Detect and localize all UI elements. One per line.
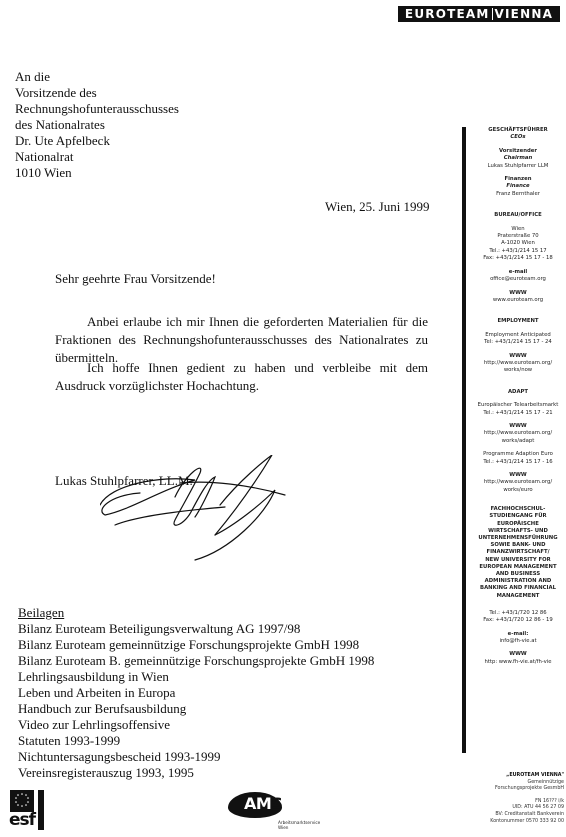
office-line: Wien — [470, 226, 566, 233]
fh-www-link[interactable]: http: www.fh-vie.at/fh-vie — [470, 659, 566, 666]
enclosure-item: Vereinsregisterauszug 1993, 1995 — [18, 765, 374, 781]
enclosure-item: Video zur Lehrlingsoffensive — [18, 717, 374, 733]
chair-label: Vorsitzender — [470, 148, 566, 155]
recipient-address: An die Vorsitzende des Rechnungshofunter… — [15, 69, 179, 181]
www-label: WWW — [470, 651, 566, 658]
enclosure-item: Lehrlingsausbildung in Wien — [18, 669, 374, 685]
fh-email-link[interactable]: info@fh-vie.at — [470, 638, 566, 645]
finance-block: Finanzen Finance Franz Bernthaler — [470, 176, 566, 198]
company-registry-info: „EUROTEAM VIENNA" Gemeinnützige Forschun… — [478, 773, 564, 825]
letter-date: Wien, 25. Juni 1999 — [325, 199, 430, 215]
enclosure-item: Nichtuntersagungsbescheid 1993-1999 — [18, 749, 374, 765]
fh-line: WIRTSCHAFTS- UND — [470, 528, 566, 535]
adaption-line: Programme Adaption Euro — [470, 451, 566, 458]
employment-block: EMPLOYMENT Employment Anticipated Tel: +… — [470, 318, 566, 346]
esf-bar — [38, 790, 44, 830]
ams-sub-line: Wien — [278, 825, 320, 830]
fh-line: STUDIENGANG FÜR — [470, 513, 566, 520]
enclosures-list: Beilagen Bilanz Euroteam Beteiligungsver… — [18, 605, 374, 781]
registry-line: UID: ATU 44 56 27 09 — [478, 805, 564, 812]
office-line: Tel.: +43/1/214 15 17 — [470, 248, 566, 255]
adapt-block: ADAPT Europäischer Telearbeitsmarkt Tel.… — [470, 389, 566, 417]
esf-logo: esf — [10, 790, 46, 830]
www-label: WWW — [470, 472, 566, 479]
logo-separator — [492, 8, 493, 20]
adapt-www-link[interactable]: http://www.euroteam.org/ — [470, 430, 566, 437]
fh-line: EUROPÄISCHE — [470, 521, 566, 528]
recipient-line: Vorsitzende des — [15, 85, 179, 101]
ceo-heading: GESCHÄFTSFÜHRER — [470, 127, 566, 134]
fh-www-block: WWW http: www.fh-vie.at/fh-vie — [470, 651, 566, 666]
fh-line: MANAGEMENT — [470, 593, 566, 600]
fh-line: UNTERNEHMENSFÜHRUNG — [470, 535, 566, 542]
enclosure-item: Handbuch zur Berufsausbildung — [18, 701, 374, 717]
office-block: BUREAU/OFFICE Wien Praterstraße 70 A-102… — [470, 212, 566, 262]
finance-name: Franz Bernthaler — [470, 191, 566, 198]
fh-line: SOWIE BANK- UND — [470, 542, 566, 549]
fh-line: BANKING AND FINANCIAL — [470, 585, 566, 592]
fh-contact-block: Tel.: +43/1/720 12 86 Fax: +43/1/720 12 … — [470, 610, 566, 625]
enclosure-item: Leben und Arbeiten in Europa — [18, 685, 374, 701]
esf-text: esf — [9, 810, 35, 830]
adapt-heading: ADAPT — [470, 389, 566, 396]
chair-block: Vorsitzender Chairman Lukas Stuhlpfarrer… — [470, 148, 566, 170]
recipient-line: Nationalrat — [15, 149, 179, 165]
www-label: WWW — [470, 353, 566, 360]
email-label: e-mail — [470, 269, 566, 276]
fh-line: ADMINISTRATION AND — [470, 578, 566, 585]
ams-text: AMS — [244, 794, 282, 813]
ceo-block: GESCHÄFTSFÜHRER CEOs — [470, 127, 566, 142]
handwritten-signature — [100, 455, 290, 565]
recipient-line: An die — [15, 69, 179, 85]
eu-flag-icon — [10, 790, 34, 812]
enclosure-item: Bilanz Euroteam Beteiligungsverwaltung A… — [18, 621, 374, 637]
company-name: „EUROTEAM VIENNA" — [478, 773, 564, 780]
body-paragraph: Ich hoffe Ihnen gedient zu haben und ver… — [55, 359, 428, 395]
fh-line: FINANZWIRTSCHAFT/ — [470, 549, 566, 556]
adaption-www-block: WWW http://www.euroteam.org/ works/euro — [470, 472, 566, 494]
employment-heading: EMPLOYMENT — [470, 318, 566, 325]
adaption-line: Tel.: +43/1/214 15 17 - 16 — [470, 459, 566, 466]
ams-subtitle: Arbeitsmarktservice Wien — [278, 820, 320, 830]
fh-contact-line: Tel.: +43/1/720 12 86 — [470, 610, 566, 617]
signer-name: Lukas Stuhlpfarrer, LL.M. — [55, 473, 193, 489]
registry-line: BV: Creditanstalt Bankverein — [478, 812, 564, 819]
office-line: Fax: +43/1/214 15 17 - 18 — [470, 255, 566, 262]
letterhead-sidebar: GESCHÄFTSFÜHRER CEOs Vorsitzender Chairm… — [470, 127, 566, 672]
ceo-heading-en: CEOs — [470, 134, 566, 141]
office-line: Praterstraße 70 — [470, 233, 566, 240]
adapt-www-block: WWW http://www.euroteam.org/ works/adapt — [470, 423, 566, 445]
employment-www-block: WWW http://www.euroteam.org/ works/now — [470, 353, 566, 375]
www-block: WWW www.euroteam.org — [470, 290, 566, 305]
email-link[interactable]: office@euroteam.org — [470, 276, 566, 283]
employment-www-link[interactable]: http://www.euroteam.org/ — [470, 360, 566, 367]
fh-contact-line: Fax: +43/1/720 12 86 - 19 — [470, 617, 566, 624]
email-block: e-mail office@euroteam.org — [470, 269, 566, 284]
fh-line: EUROPEAN MANAGEMENT — [470, 564, 566, 571]
adaption-www-link[interactable]: works/euro — [470, 487, 566, 494]
adapt-line: Tel.: +43/1/214 15 17 - 21 — [470, 410, 566, 417]
adapt-www-link[interactable]: works/adapt — [470, 438, 566, 445]
salutation: Sehr geehrte Frau Vorsitzende! — [55, 271, 216, 287]
recipient-line: 1010 Wien — [15, 165, 179, 181]
finance-label: Finanzen — [470, 176, 566, 183]
www-link[interactable]: www.euroteam.org — [470, 297, 566, 304]
email-label: e-mail: — [470, 631, 566, 638]
www-label: WWW — [470, 423, 566, 430]
www-label: WWW — [470, 290, 566, 297]
logo-left-text: EUROTEAM — [405, 7, 490, 21]
recipient-line: Dr. Ute Apfelbeck — [15, 133, 179, 149]
enclosures-title: Beilagen — [18, 605, 374, 621]
fh-block: FACHHOCHSCHUL- STUDIENGANG FÜR EUROPÄISC… — [470, 506, 566, 600]
ams-label-last: S — [271, 794, 282, 813]
ams-logo: AMS Arbeitsmarktservice Wien — [228, 790, 298, 834]
fh-email-block: e-mail: info@fh-vie.at — [470, 631, 566, 646]
finance-label-en: Finance — [470, 183, 566, 190]
recipient-line: Rechnungshofunterausschusses — [15, 101, 179, 117]
chair-label-en: Chairman — [470, 155, 566, 162]
adapt-line: Europäischer Telearbeitsmarkt — [470, 402, 566, 409]
logo-right-text: VIENNA — [495, 7, 554, 21]
chair-name: Lukas Stuhlpfarrer LLM — [470, 163, 566, 170]
ams-label: AM — [244, 794, 271, 813]
office-heading: BUREAU/OFFICE — [470, 212, 566, 219]
enclosure-item: Bilanz Euroteam gemeinnützige Forschungs… — [18, 637, 374, 653]
enclosure-item: Bilanz Euroteam B. gemeinnützige Forschu… — [18, 653, 374, 669]
company-line: Forschungsprojekte GesmbH — [478, 786, 564, 793]
sidebar-divider-line — [462, 127, 466, 753]
fh-line: AND BUSINESS — [470, 571, 566, 578]
enclosure-item: Statuten 1993-1999 — [18, 733, 374, 749]
fh-line: NEW UNIVERSITY FOR — [470, 557, 566, 564]
employment-line: Tel: +43/1/214 15 17 - 24 — [470, 339, 566, 346]
adaption-www-link[interactable]: http://www.euroteam.org/ — [470, 479, 566, 486]
recipient-line: des Nationalrates — [15, 117, 179, 133]
adaption-block: Programme Adaption Euro Tel.: +43/1/214 … — [470, 451, 566, 466]
office-line: A-1020 Wien — [470, 240, 566, 247]
employment-www-link[interactable]: works/now — [470, 367, 566, 374]
employment-line: Employment Anticipated — [470, 332, 566, 339]
registry-line: Kontonummer 0570 333 92 00 — [478, 819, 564, 826]
euroteam-vienna-logo: EUROTEAMVIENNA — [398, 6, 560, 22]
